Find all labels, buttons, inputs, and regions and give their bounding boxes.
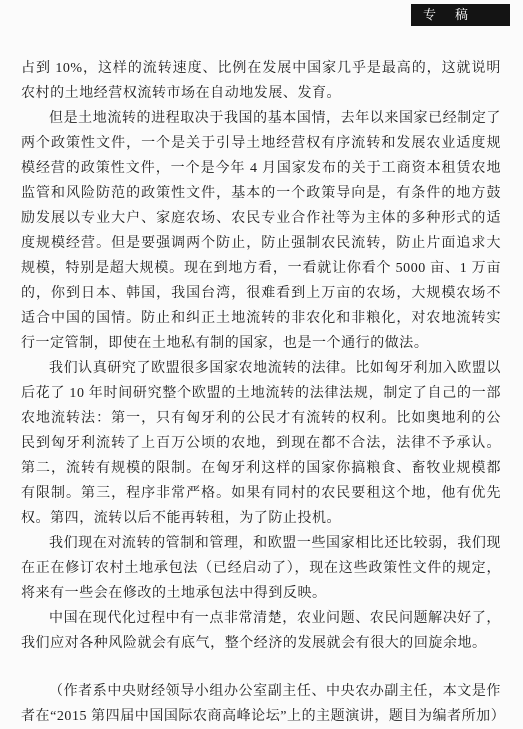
paragraph-modernization: 中国在现代化过程中有一点非常清楚，农业问题、农民问题解决好了，我们应对各种风险就… <box>21 606 501 656</box>
section-tag-label: 专 稿 <box>423 7 471 22</box>
paragraph-policy-documents: 但是土地流转的进程取决于我国的基本国情，去年以来国家已经制定了两个政策性文件，一… <box>21 106 501 356</box>
author-note: （作者系中央财经领导小组办公室副主任、中央农办副主任，本文是作者在“2015 第… <box>21 679 501 729</box>
paragraph-continuation: 占到 10%，这样的流转速度、比例在发展中国家几乎是最高的，这就说明农村的土地经… <box>21 56 501 106</box>
paragraph-contract-law-revision: 我们现在对流转的管制和管理，和欧盟一些国家相比还比较弱，我们现在正在修订农村土地… <box>21 531 501 606</box>
article-body: 占到 10%，这样的流转速度、比例在发展中国家几乎是最高的，这就说明农村的土地经… <box>21 56 501 729</box>
magazine-page: 专 稿 占到 10%，这样的流转速度、比例在发展中国家几乎是最高的，这就说明农村… <box>0 0 523 729</box>
section-tag: 专 稿 <box>411 4 510 26</box>
paragraph-eu-land-law: 我们认真研究了欧盟很多国家农地流转的法律。比如匈牙利加入欧盟以后花了 10 年时… <box>21 356 501 531</box>
